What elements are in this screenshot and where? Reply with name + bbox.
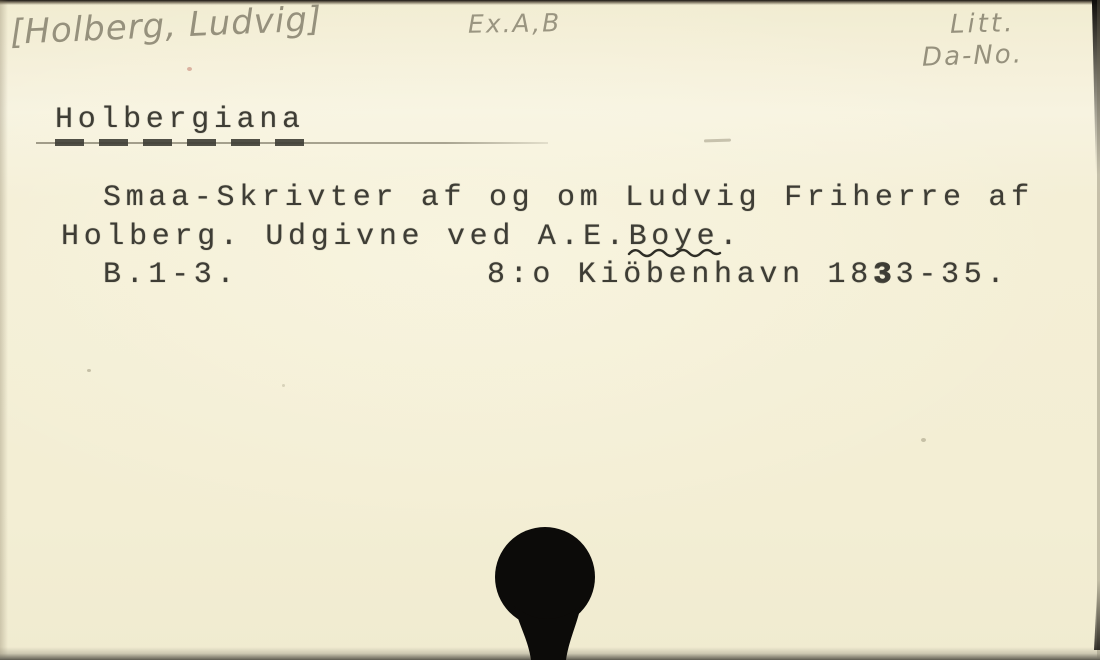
imprint-statement: 8:o Kiöbenhavn 1833-35. (487, 258, 1009, 292)
body-line-2-prefix: Holberg. Udgivne ved A.E. (61, 220, 629, 254)
handwritten-classification-line1: Litt. (950, 8, 1016, 40)
volumes-statement: B.1-3. (103, 258, 239, 292)
scan-edge-left (0, 0, 8, 660)
scan-speck (187, 67, 192, 71)
overstruck-digit: 3 (873, 258, 896, 292)
scan-speck (921, 438, 926, 442)
catalog-card-scan: [Holberg, Ludvig] Ex.A,B Litt. Da-No. Ho… (0, 0, 1100, 660)
handwritten-copies-annotation: Ex.A,B (468, 8, 562, 39)
scan-edge-top (0, 0, 1100, 5)
handwritten-classification-line2: Da-No. (922, 39, 1024, 73)
imprint-suffix: 3-35. (896, 258, 1010, 292)
heading-dashed-underline (55, 139, 305, 146)
imprint-prefix: 8:o Kiöbenhavn 18 (487, 258, 873, 292)
body-line-1: Smaa-Skrivter af og om Ludvig Friherre a… (103, 181, 1034, 215)
card-heading: Holbergiana (55, 103, 305, 137)
punch-hole-keyhole-icon (485, 522, 605, 660)
scan-speck (87, 369, 91, 372)
scan-speck (282, 384, 285, 387)
